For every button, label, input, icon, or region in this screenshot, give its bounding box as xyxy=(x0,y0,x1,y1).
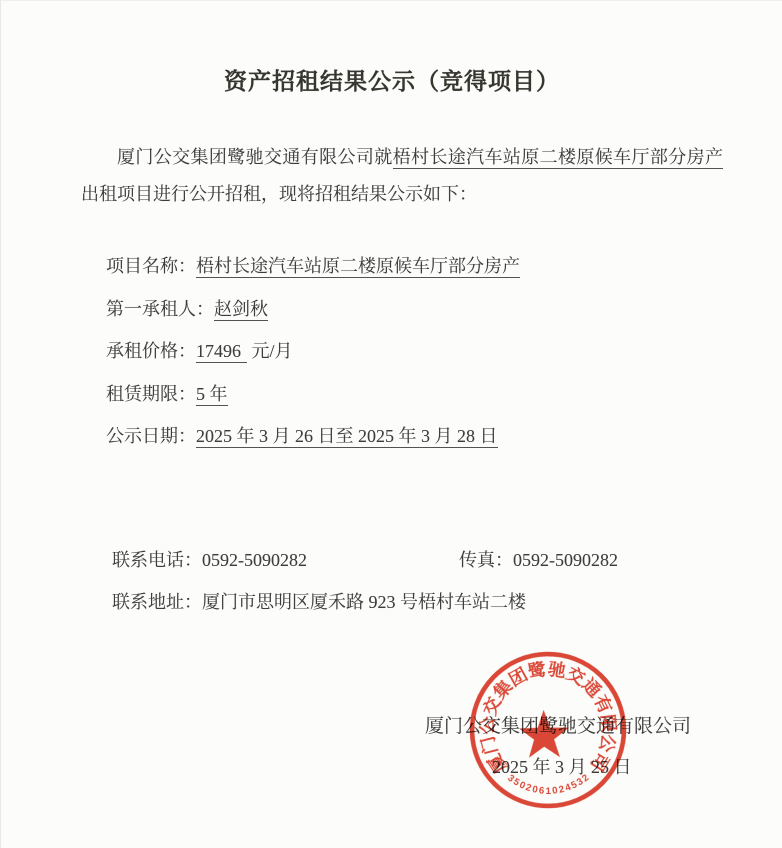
detail-value: 5 年 xyxy=(196,384,228,406)
detail-label: 项目名称： xyxy=(106,256,196,276)
detail-row-rent-price: 承租价格：17496 元/月 xyxy=(106,330,520,373)
intro-paragraph: 厦门公交集团鹭驰交通有限公司就梧村长途汽车站原二楼原候车厅部分房产出租项目进行公… xyxy=(81,139,723,213)
official-seal: 厦门公交集团鹭驰交通有限公司 3502061024532 xyxy=(466,648,631,813)
detail-label: 第一承租人： xyxy=(106,299,214,319)
detail-value: 17496 xyxy=(196,341,247,363)
detail-suffix: 元/月 xyxy=(247,341,293,361)
fax-value: 0592-5090282 xyxy=(513,550,618,570)
detail-row-publicity-date: 公示日期：2025 年 3 月 26 日至 2025 年 3 月 28 日 xyxy=(106,415,520,458)
detail-row-first-lessee: 第一承租人：赵剑秋 xyxy=(106,288,520,331)
contact-phone-line: 联系电话：0592-5090282 xyxy=(112,546,307,572)
details-list: 项目名称：梧村长途汽车站原二楼原候车厅部分房产 第一承租人：赵剑秋 承租价格：1… xyxy=(106,245,520,458)
intro-lead: 厦门公交集团鹭驰交通有限公司就 xyxy=(117,147,393,167)
detail-value: 2025 年 3 月 26 日至 2025 年 3 月 28 日 xyxy=(196,426,498,448)
detail-row-project-name: 项目名称：梧村长途汽车站原二楼原候车厅部分房产 xyxy=(106,245,520,288)
intro-underlined-text: 梧村长途汽车站原二楼原候车厅部分房产 xyxy=(393,147,723,169)
contact-address-line: 联系地址：厦门市思明区厦禾路 923 号梧村车站二楼 xyxy=(112,588,526,614)
document-page: 资产招租结果公示（竞得项目） 厦门公交集团鹭驰交通有限公司就梧村长途汽车站原二楼… xyxy=(0,0,782,848)
seal-serial-holder: 3502061024532 xyxy=(505,771,593,797)
detail-label: 公示日期： xyxy=(106,426,196,446)
contact-fax-line: 传真：0592-5090282 xyxy=(459,546,618,572)
detail-row-lease-term: 租赁期限：5 年 xyxy=(106,373,520,416)
detail-label: 承租价格： xyxy=(106,341,196,361)
address-value: 厦门市思明区厦禾路 923 号梧村车站二楼 xyxy=(202,592,526,612)
phone-value: 0592-5090282 xyxy=(202,550,307,570)
detail-value: 梧村长途汽车站原二楼原候车厅部分房产 xyxy=(196,256,520,278)
phone-label: 联系电话： xyxy=(112,550,202,570)
address-label: 联系地址： xyxy=(112,592,202,612)
intro-tail: 出租项目进行公开招租，现将招租结果公示如下： xyxy=(81,184,477,204)
fax-label: 传真： xyxy=(459,550,513,570)
detail-value: 赵剑秋 xyxy=(214,299,268,321)
seal-serial-text: 3502061024532 xyxy=(505,771,593,797)
detail-label: 租赁期限： xyxy=(106,384,196,404)
star-icon xyxy=(519,709,570,757)
page-title: 资产招租结果公示（竞得项目） xyxy=(1,63,782,96)
